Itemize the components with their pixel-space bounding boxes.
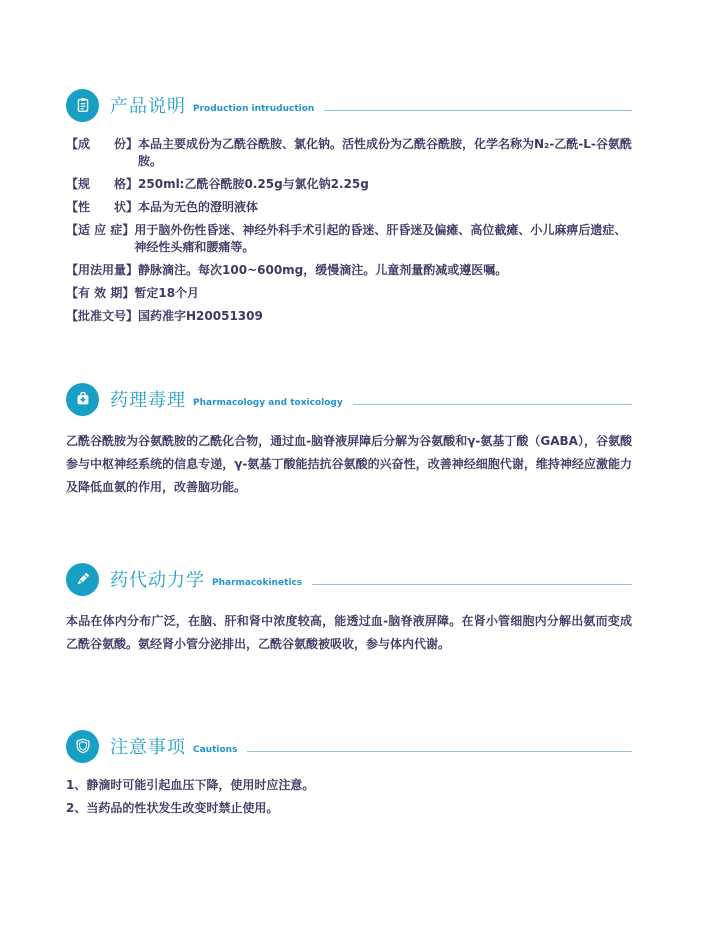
section-pharmacokinetics: 药代动力学 Pharmacokinetics 本品在体内分布广泛，在脑、肝和肾中… <box>66 562 632 656</box>
section-paragraph: 本品在体内分布广泛，在脑、肝和肾中浓度较高，能透过血-脑脊液屏障。在肾小管细胞内… <box>66 610 632 656</box>
section-pharmacology: 药理毒理 Pharmacology and toxicology 乙酰谷酰胺为谷… <box>66 382 632 499</box>
field-label: 【成 份】 <box>66 136 138 170</box>
header-rule <box>312 584 632 585</box>
section-body: 【成 份】 本品主要成份为乙酰谷酰胺、氯化钠。活性成份为乙酰谷酰胺，化学名称为N… <box>66 136 632 325</box>
section-title: 产品说明 <box>110 92 186 118</box>
field-value: 250ml:乙酰谷酰胺0.25g与氯化钠2.25g <box>138 176 632 193</box>
section-body: 本品在体内分布广泛，在脑、肝和肾中浓度较高，能透过血-脑脊液屏障。在肾小管细胞内… <box>66 610 632 656</box>
field-row: 【适 应 症】 用于脑外伤性昏迷、神经外科手术引起的昏迷、肝昏迷及偏瘫、高位截瘫… <box>66 222 632 256</box>
section-cautions: 注意事项 Cautions 1、静滴时可能引起血压下降，使用时应注意。 2、当药… <box>66 729 632 817</box>
field-label: 【用法用量】 <box>66 262 138 279</box>
field-row: 【有 效 期】 暂定18个月 <box>66 285 632 302</box>
shield-icon <box>66 730 99 763</box>
section-body: 1、静滴时可能引起血压下降，使用时应注意。 2、当药品的性状发生改变时禁止使用。 <box>66 777 632 817</box>
pencil-icon <box>66 563 99 596</box>
field-row: 【批准文号】 国药准字H20051309 <box>66 308 632 325</box>
field-value: 本品主要成份为乙酰谷酰胺、氯化钠。活性成份为乙酰谷酰胺，化学名称为N₂-乙酰-L… <box>138 136 632 170</box>
page-content: 产品说明 Production intruduction 【成 份】 本品主要成… <box>66 88 632 823</box>
section-subtitle-en: Cautions <box>193 745 237 755</box>
field-label: 【性 状】 <box>66 199 138 216</box>
section-header: 药理毒理 Pharmacology and toxicology <box>66 382 632 416</box>
section-title: 药理毒理 <box>110 386 186 412</box>
clipboard-icon <box>66 89 99 122</box>
field-label: 【有 效 期】 <box>66 285 134 302</box>
field-row: 【用法用量】 静脉滴注。每次100~600mg，缓慢滴注。儿童剂量酌减或遵医嘱。 <box>66 262 632 279</box>
section-subtitle-en: Production intruduction <box>193 104 314 114</box>
section-paragraph: 乙酰谷酰胺为谷氨酰胺的乙酰化合物，通过血-脑脊液屏障后分解为谷氨酸和γ-氨基丁酸… <box>66 430 632 499</box>
section-header: 产品说明 Production intruduction <box>66 88 632 122</box>
section-body: 乙酰谷酰胺为谷氨酰胺的乙酰化合物，通过血-脑脊液屏障后分解为谷氨酸和γ-氨基丁酸… <box>66 430 632 499</box>
section-product-description: 产品说明 Production intruduction 【成 份】 本品主要成… <box>66 88 632 325</box>
field-value: 用于脑外伤性昏迷、神经外科手术引起的昏迷、肝昏迷及偏瘫、高位截瘫、小儿麻痹后遗症… <box>134 222 632 256</box>
caution-item: 1、静滴时可能引起血压下降，使用时应注意。 <box>66 777 632 794</box>
field-value: 国药准字H20051309 <box>138 308 632 325</box>
medical-bag-icon <box>66 383 99 416</box>
section-title: 注意事项 <box>110 733 186 759</box>
caution-item: 2、当药品的性状发生改变时禁止使用。 <box>66 800 632 817</box>
section-subtitle-en: Pharmacology and toxicology <box>193 398 343 408</box>
field-label: 【批准文号】 <box>66 308 138 325</box>
leaflet-page: 产品说明 Production intruduction 【成 份】 本品主要成… <box>0 0 705 950</box>
section-header: 注意事项 Cautions <box>66 729 632 763</box>
field-row: 【成 份】 本品主要成份为乙酰谷酰胺、氯化钠。活性成份为乙酰谷酰胺，化学名称为N… <box>66 136 632 170</box>
field-value: 静脉滴注。每次100~600mg，缓慢滴注。儿童剂量酌减或遵医嘱。 <box>138 262 632 279</box>
header-rule <box>353 404 632 405</box>
header-rule <box>247 751 632 752</box>
field-label: 【规 格】 <box>66 176 138 193</box>
field-value: 暂定18个月 <box>134 285 632 302</box>
section-subtitle-en: Pharmacokinetics <box>212 578 302 588</box>
field-value: 本品为无色的澄明液体 <box>138 199 632 216</box>
field-label: 【适 应 症】 <box>66 222 134 256</box>
header-rule <box>324 110 632 111</box>
field-row: 【规 格】 250ml:乙酰谷酰胺0.25g与氯化钠2.25g <box>66 176 632 193</box>
section-header: 药代动力学 Pharmacokinetics <box>66 562 632 596</box>
section-title: 药代动力学 <box>110 566 205 592</box>
field-row: 【性 状】 本品为无色的澄明液体 <box>66 199 632 216</box>
